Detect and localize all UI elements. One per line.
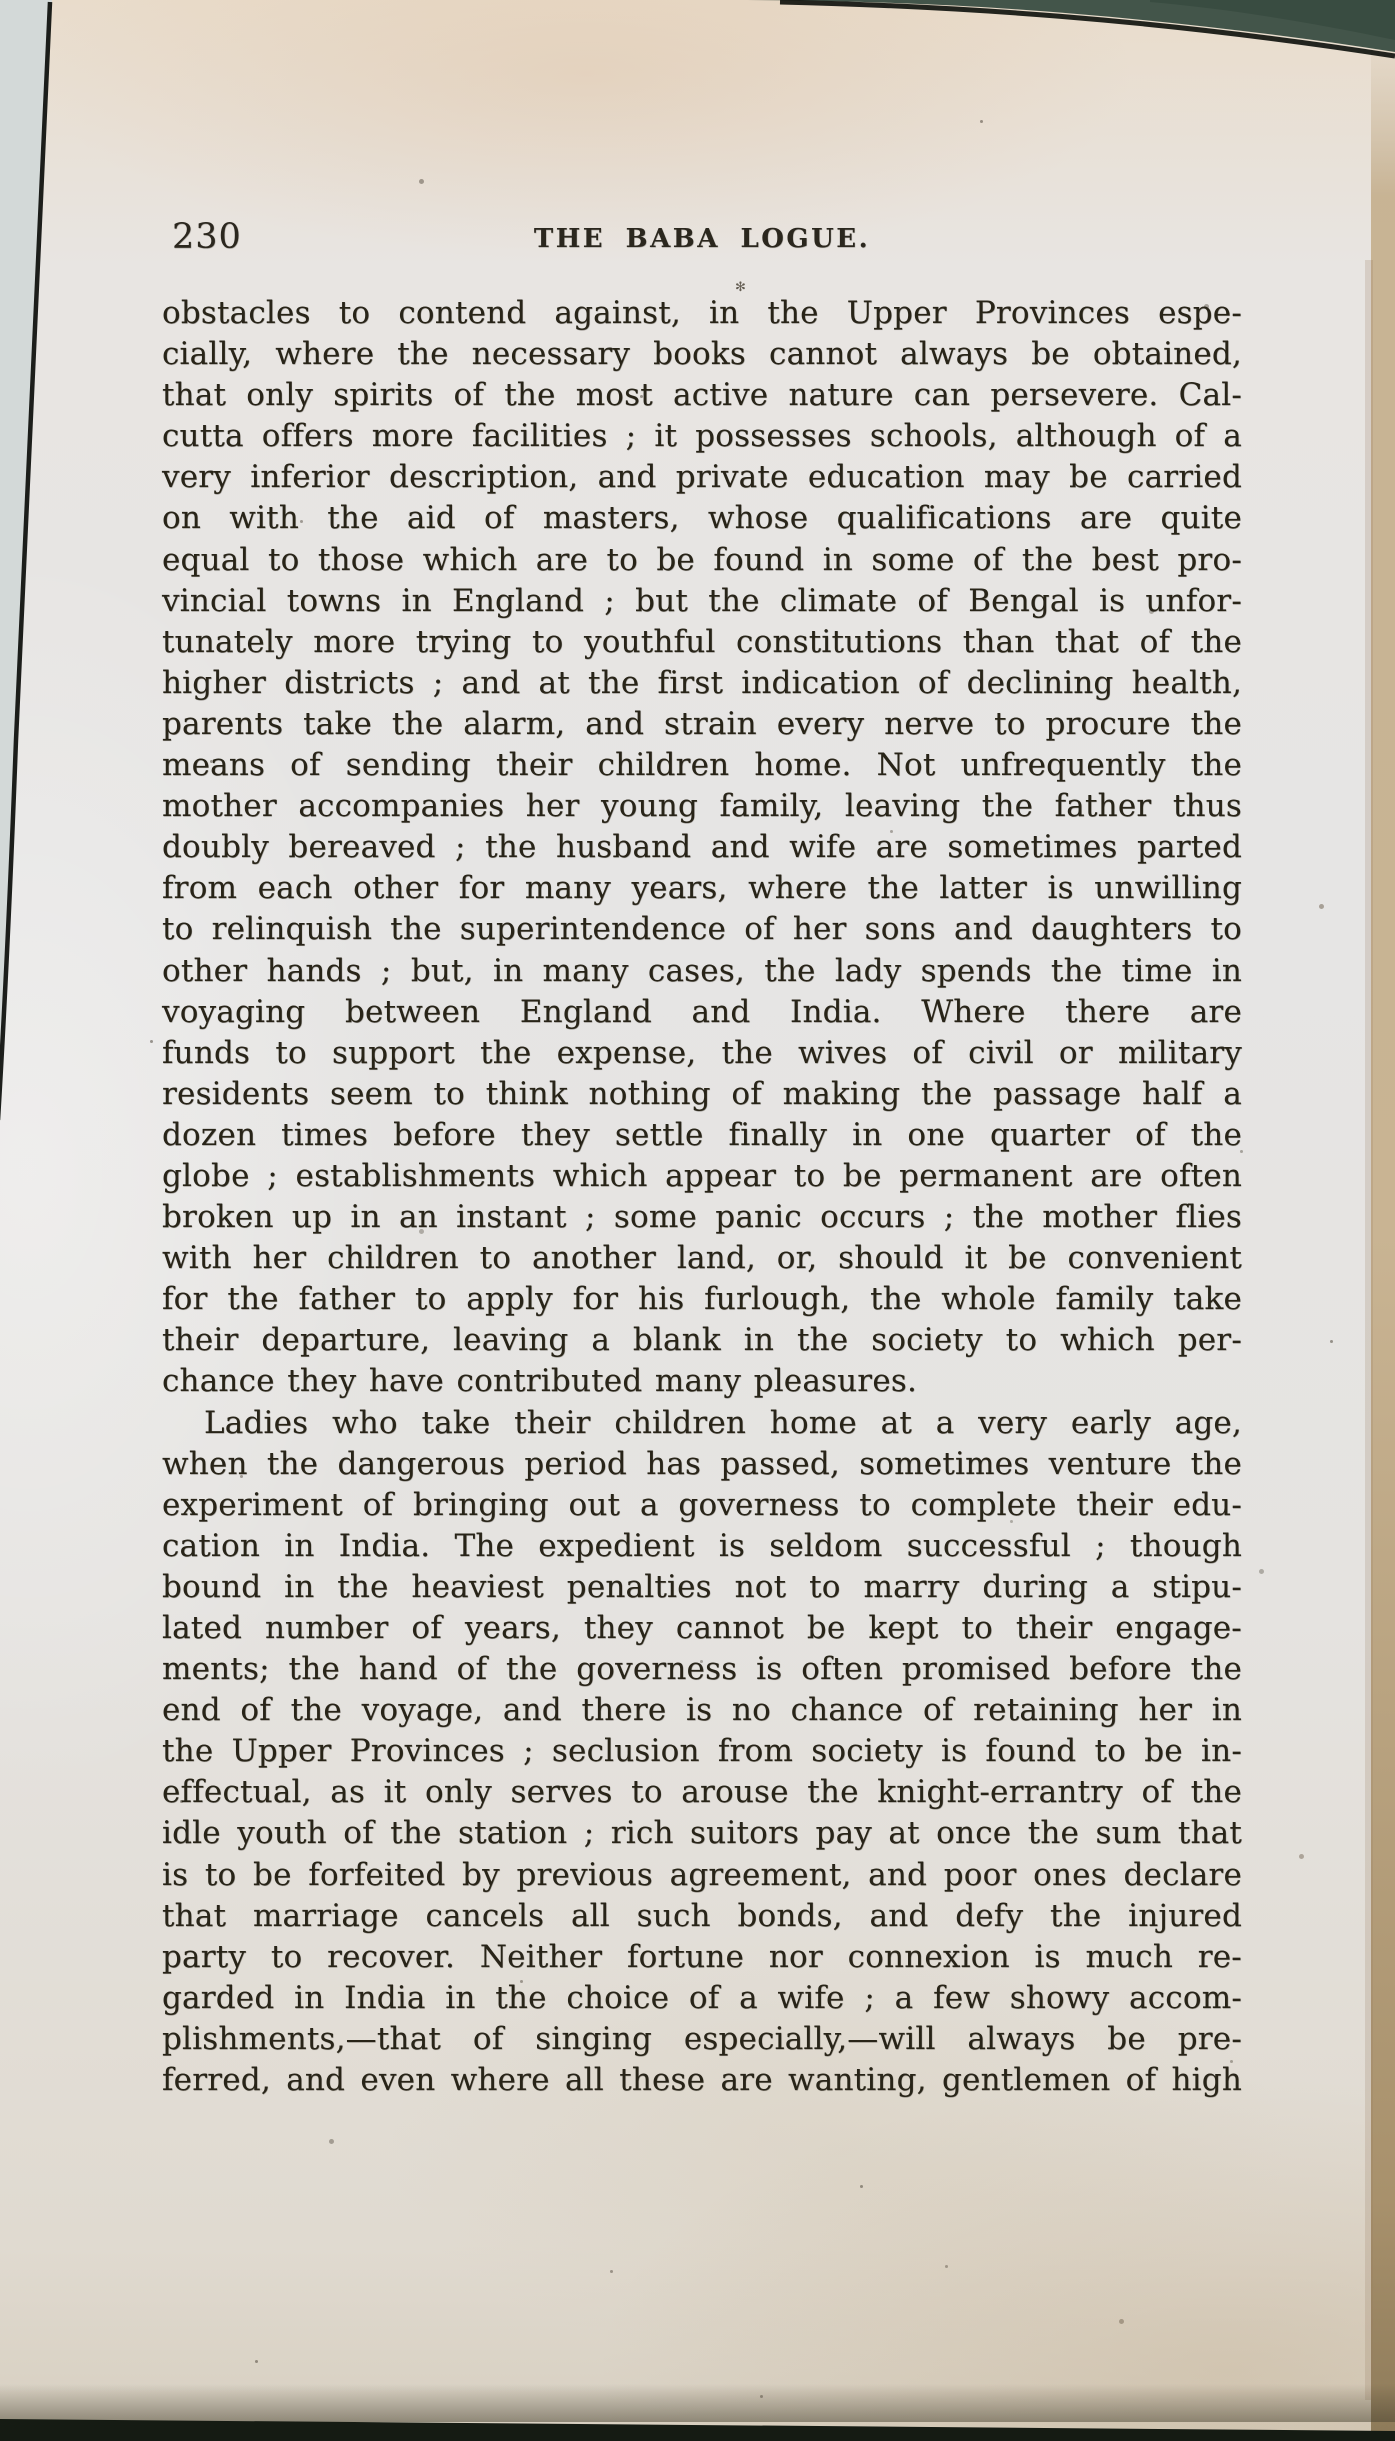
text-line: for the father to apply for his furlough…: [162, 1279, 1242, 1320]
text-line: mother accompanies her young family, lea…: [162, 786, 1242, 827]
text-line: very inferior description, and private e…: [162, 457, 1242, 498]
text-line: the Upper Provinces ; seclusion from soc…: [162, 1731, 1242, 1772]
text-line: dozen times before they settle finally i…: [162, 1115, 1242, 1156]
text-line: that marriage cancels all such bonds, an…: [162, 1896, 1242, 1937]
text-line: that only spirits of the most active nat…: [162, 375, 1242, 416]
text-line: idle youth of the station ; rich suitors…: [162, 1813, 1242, 1854]
page-body: obstacles to contend against, in the Upp…: [162, 293, 1242, 2101]
paper-speckles: [0, 0, 3, 3]
text-line: to relinquish the superintendence of her…: [162, 909, 1242, 950]
left-gutter-line: [0, 2, 50, 1120]
text-line: bound in the heaviest penalties not to m…: [162, 1567, 1242, 1608]
text-line: doubly bereaved ; the husband and wife a…: [162, 827, 1242, 868]
text-line: Ladies who take their children home at a…: [162, 1403, 1242, 1444]
text-line: is to be forfeited by previous agreement…: [162, 1855, 1242, 1896]
text-line: party to recover. Neither fortune nor co…: [162, 1937, 1242, 1978]
text-line: obstacles to contend against, in the Upp…: [162, 293, 1242, 334]
text-line: equal to those which are to be found in …: [162, 540, 1242, 581]
text-line: ferred, and even where all these are wan…: [162, 2060, 1242, 2101]
text-line: chance they have contributed many pleasu…: [162, 1361, 1242, 1402]
book-page-scan: 230 THE BABA LOGUE. ✻ obstacles to conte…: [0, 0, 1395, 2441]
text-line: with her children to another land, or, s…: [162, 1238, 1242, 1279]
text-line: voyaging between England and India. Wher…: [162, 992, 1242, 1033]
bottom-shadow: [0, 2384, 1395, 2422]
text-line: other hands ; but, in many cases, the la…: [162, 951, 1242, 992]
text-line: when the dangerous period has passed, so…: [162, 1444, 1242, 1485]
right-page-stack-edge: [1371, 28, 1395, 2441]
text-line: tunately more trying to youthful constit…: [162, 622, 1242, 663]
text-line: effectual, as it only serves to arouse t…: [162, 1772, 1242, 1813]
left-page-edge: [0, 0, 52, 1080]
text-line: on with the aid of masters, whose qualif…: [162, 498, 1242, 539]
text-line: plishments,—that of singing especially,—…: [162, 2019, 1242, 2060]
text-line: parents take the alarm, and strain every…: [162, 704, 1242, 745]
text-line: cially, where the necessary books cannot…: [162, 334, 1242, 375]
text-line: vincial towns in England ; but the clima…: [162, 581, 1242, 622]
text-line: their departure, leaving a blank in the …: [162, 1320, 1242, 1361]
text-line: ments; the hand of the governess is ofte…: [162, 1649, 1242, 1690]
page-top-edge-line: [780, 2, 1395, 56]
text-line: lated number of years, they cannot be ke…: [162, 1608, 1242, 1649]
text-line: cutta offers more facilities ; it posses…: [162, 416, 1242, 457]
bottom-cover-edge: [0, 2419, 1395, 2441]
text-line: funds to support the expense, the wives …: [162, 1033, 1242, 1074]
text-line: residents seem to think nothing of makin…: [162, 1074, 1242, 1115]
text-line: higher districts ; and at the first indi…: [162, 663, 1242, 704]
text-line: from each other for many years, where th…: [162, 868, 1242, 909]
text-line: experiment of bringing out a governess t…: [162, 1485, 1242, 1526]
text-line: means of sending their children home. No…: [162, 745, 1242, 786]
text-line: garded in India in the choice of a wife …: [162, 1978, 1242, 2019]
book-cover-corner: [730, 0, 1395, 52]
text-line: end of the voyage, and there is no chanc…: [162, 1690, 1242, 1731]
text-line: globe ; establishments which appear to b…: [162, 1156, 1242, 1197]
text-line: broken up in an instant ; some panic occ…: [162, 1197, 1242, 1238]
running-header: THE BABA LOGUE.: [162, 224, 1242, 254]
text-line: cation in India. The expedient is seldom…: [162, 1526, 1242, 1567]
